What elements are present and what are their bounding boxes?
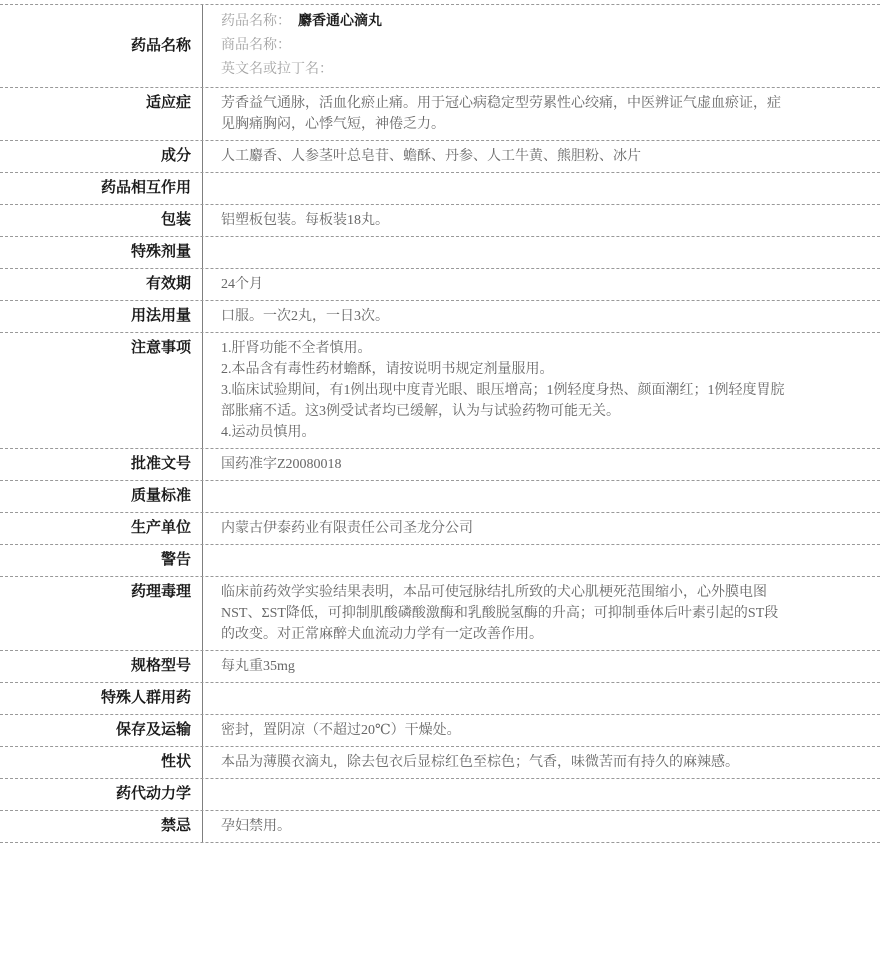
row-drug-name: 药品名称 药品名称：麝香通心滴丸 商品名称： 英文名或拉丁名： xyxy=(0,4,880,87)
row-warning: 警告 xyxy=(0,544,880,576)
precaution-item: 4.运动员慎用。 xyxy=(221,422,787,443)
row-content: 药品名称：麝香通心滴丸 商品名称： 英文名或拉丁名： xyxy=(203,5,880,87)
row-content: 1.肝肾功能不全者慎用。 2.本品含有毒性药材蟾酥，请按说明书规定剂量服用。 3… xyxy=(203,333,880,448)
field-value xyxy=(333,62,340,77)
precaution-item: 2.本品含有毒性药材蟾酥，请按说明书规定剂量服用。 xyxy=(221,359,787,380)
row-content: 人工麝香、人参茎叶总皂苷、蟾酥、丹参、人工牛黄、熊胆粉、冰片 xyxy=(203,141,880,172)
row-label: 性状 xyxy=(0,747,203,778)
field-line-drug-name: 药品名称：麝香通心滴丸 xyxy=(221,10,860,34)
row-dosage-usage: 用法用量 口服。一次2丸，一日3次。 xyxy=(0,300,880,332)
field-value: 麝香通心滴丸 xyxy=(291,14,382,29)
row-special-dosage: 特殊剂量 xyxy=(0,236,880,268)
row-drug-interactions: 药品相互作用 xyxy=(0,172,880,204)
row-content xyxy=(203,237,880,268)
row-content-text: 口服。一次2丸，一日3次。 xyxy=(221,306,787,327)
row-label: 有效期 xyxy=(0,269,203,300)
row-label: 批准文号 xyxy=(0,449,203,480)
field-value xyxy=(291,38,298,53)
field-name: 药品名称： xyxy=(221,14,291,29)
row-quality-standard: 质量标准 xyxy=(0,480,880,512)
row-label: 药品名称 xyxy=(0,5,203,87)
field-line-english-name: 英文名或拉丁名： xyxy=(221,58,860,82)
row-content-text: 国药准字Z20080018 xyxy=(221,454,787,475)
drug-info-table: 药品名称 药品名称：麝香通心滴丸 商品名称： 英文名或拉丁名： 适应症 芳香益气… xyxy=(0,4,880,843)
row-label: 特殊人群用药 xyxy=(0,683,203,714)
row-content: 孕妇禁用。 xyxy=(203,811,880,842)
row-packaging: 包装 铝塑板包装。每板装18丸。 xyxy=(0,204,880,236)
row-label: 用法用量 xyxy=(0,301,203,332)
row-specification: 规格型号 每丸重35mg xyxy=(0,650,880,682)
row-content-text: 孕妇禁用。 xyxy=(221,816,787,837)
row-label: 特殊剂量 xyxy=(0,237,203,268)
row-storage-transport: 保存及运输 密封，置阴凉（不超过20℃）干燥处。 xyxy=(0,714,880,746)
row-label: 规格型号 xyxy=(0,651,203,682)
precaution-item: 1.肝肾功能不全者慎用。 xyxy=(221,338,787,359)
row-content-text: 内蒙古伊泰药业有限责任公司圣龙分公司 xyxy=(221,518,787,539)
row-content xyxy=(203,545,880,576)
row-label: 包装 xyxy=(0,205,203,236)
row-label: 保存及运输 xyxy=(0,715,203,746)
row-content: 24个月 xyxy=(203,269,880,300)
row-label: 成分 xyxy=(0,141,203,172)
row-content: 口服。一次2丸，一日3次。 xyxy=(203,301,880,332)
row-content-text: 临床前药效学实验结果表明，本品可使冠脉结扎所致的犬心肌梗死范围缩小，心外膜电图N… xyxy=(221,582,787,645)
row-ingredients: 成分 人工麝香、人参茎叶总皂苷、蟾酥、丹参、人工牛黄、熊胆粉、冰片 xyxy=(0,140,880,172)
row-label: 药品相互作用 xyxy=(0,173,203,204)
row-label: 适应症 xyxy=(0,88,203,140)
row-special-populations: 特殊人群用药 xyxy=(0,682,880,714)
row-content xyxy=(203,481,880,512)
row-approval-number: 批准文号 国药准字Z20080018 xyxy=(0,448,880,480)
row-precautions: 注意事项 1.肝肾功能不全者慎用。 2.本品含有毒性药材蟾酥，请按说明书规定剂量… xyxy=(0,332,880,448)
row-label: 质量标准 xyxy=(0,481,203,512)
row-content-text: 芳香益气通脉，活血化瘀止痛。用于冠心病稳定型劳累性心绞痛，中医辨证气虚血瘀证，症… xyxy=(221,93,787,135)
row-content xyxy=(203,683,880,714)
row-content: 本品为薄膜衣滴丸，除去包衣后显棕红色至棕色；气香，味微苦而有持久的麻辣感。 xyxy=(203,747,880,778)
row-label: 注意事项 xyxy=(0,333,203,448)
field-name: 商品名称： xyxy=(221,38,291,53)
row-content-text: 24个月 xyxy=(221,274,787,295)
row-content: 每丸重35mg xyxy=(203,651,880,682)
row-label: 药理毒理 xyxy=(0,577,203,650)
row-content: 临床前药效学实验结果表明，本品可使冠脉结扎所致的犬心肌梗死范围缩小，心外膜电图N… xyxy=(203,577,880,650)
row-content-text: 铝塑板包装。每板装18丸。 xyxy=(221,210,787,231)
row-description: 性状 本品为薄膜衣滴丸，除去包衣后显棕红色至棕色；气香，味微苦而有持久的麻辣感。 xyxy=(0,746,880,778)
field-line-trade-name: 商品名称： xyxy=(221,34,860,58)
row-contraindications: 禁忌 孕妇禁用。 xyxy=(0,810,880,842)
row-label-text: 药品名称 xyxy=(131,36,191,57)
row-label: 药代动力学 xyxy=(0,779,203,810)
row-content: 铝塑板包装。每板装18丸。 xyxy=(203,205,880,236)
row-content: 密封，置阴凉（不超过20℃）干燥处。 xyxy=(203,715,880,746)
row-manufacturer: 生产单位 内蒙古伊泰药业有限责任公司圣龙分公司 xyxy=(0,512,880,544)
row-content-text: 本品为薄膜衣滴丸，除去包衣后显棕红色至棕色；气香，味微苦而有持久的麻辣感。 xyxy=(221,752,787,773)
row-content xyxy=(203,173,880,204)
row-label: 禁忌 xyxy=(0,811,203,842)
row-content: 内蒙古伊泰药业有限责任公司圣龙分公司 xyxy=(203,513,880,544)
row-content xyxy=(203,779,880,810)
row-content-text: 人工麝香、人参茎叶总皂苷、蟾酥、丹参、人工牛黄、熊胆粉、冰片 xyxy=(221,146,787,167)
precaution-item: 3.临床试验期间，有1例出现中度青光眼、眼压增高；1例轻度身热、颜面潮红；1例轻… xyxy=(221,380,787,422)
row-content: 芳香益气通脉，活血化瘀止痛。用于冠心病稳定型劳累性心绞痛，中医辨证气虚血瘀证，症… xyxy=(203,88,880,140)
row-content-text: 每丸重35mg xyxy=(221,656,787,677)
row-content-text: 密封，置阴凉（不超过20℃）干燥处。 xyxy=(221,720,787,741)
row-pharmacokinetics: 药代动力学 xyxy=(0,778,880,810)
row-indications: 适应症 芳香益气通脉，活血化瘀止痛。用于冠心病稳定型劳累性心绞痛，中医辨证气虚血… xyxy=(0,87,880,140)
row-label: 生产单位 xyxy=(0,513,203,544)
row-pharmacology-toxicology: 药理毒理 临床前药效学实验结果表明，本品可使冠脉结扎所致的犬心肌梗死范围缩小，心… xyxy=(0,576,880,650)
row-label: 警告 xyxy=(0,545,203,576)
row-content: 国药准字Z20080018 xyxy=(203,449,880,480)
field-name: 英文名或拉丁名： xyxy=(221,62,333,77)
row-shelf-life: 有效期 24个月 xyxy=(0,268,880,300)
